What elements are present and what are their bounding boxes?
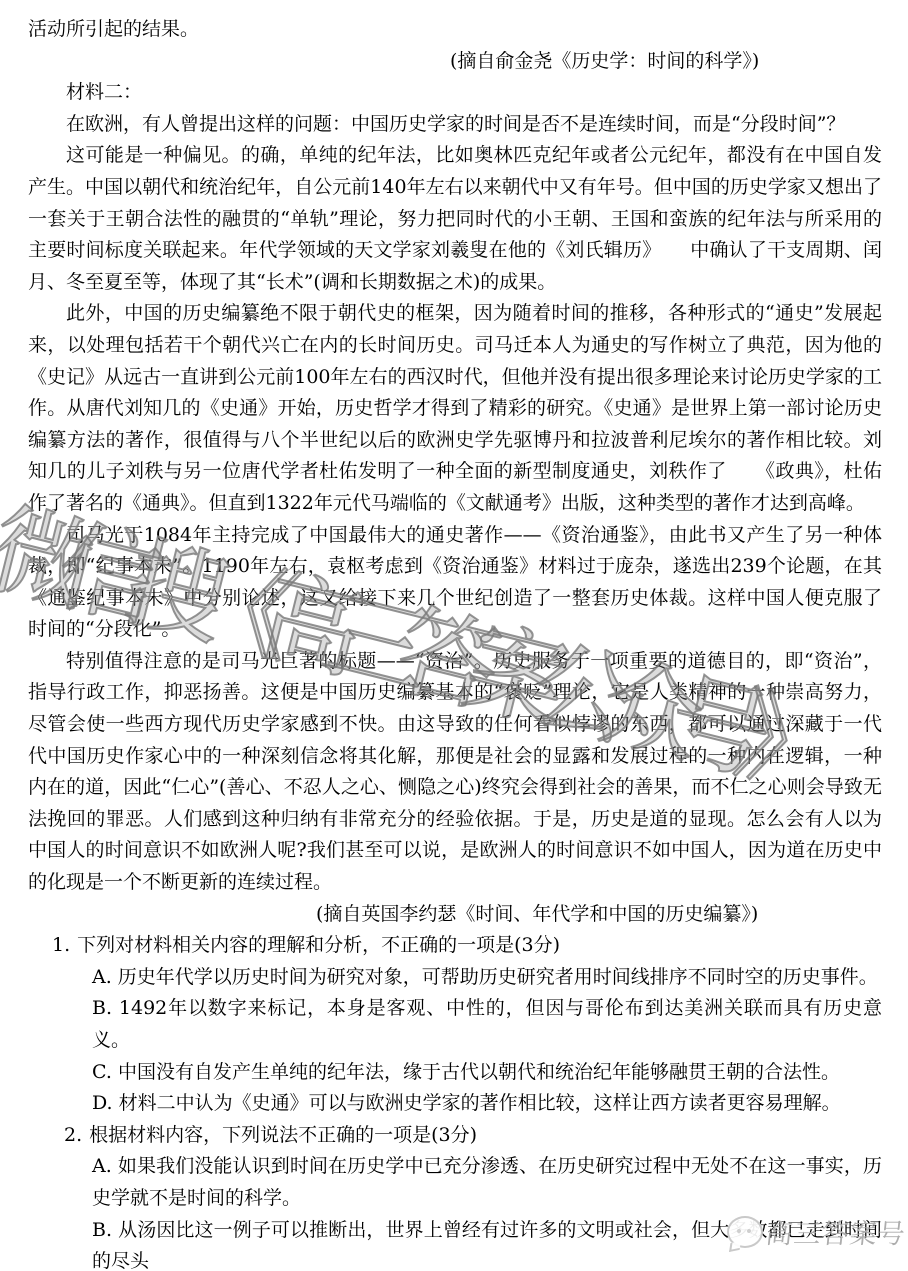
question-1-stem: 1.下列对材料相关内容的理解和分析，不正确的一项是(3分) (28, 930, 882, 962)
question-number: 2. (64, 1124, 82, 1146)
question-1-option-d: D. 材料二中认为《史通》可以与欧洲史学家的著作相比较，这样让西方读者更容易理解… (28, 1088, 882, 1120)
question-2-option-a: A. 如果我们没能认识到时间在历史学中已充分渗透、在历史研究过程中无处不在这一事… (28, 1151, 882, 1214)
question-1-option-a: A. 历史年代学以历史时间为研究对象，可帮助历史研究者用时间线排序不同时空的历史… (28, 962, 882, 994)
question-2-stem: 2.根据材料内容，下列说法不正确的一项是(3分) (28, 1120, 882, 1152)
material2-label: 材料二： (28, 77, 882, 109)
question-1-option-c: C. 中国没有自发产生单纯的纪年法，缘于古代以朝代和统治纪年能够融贯王朝的合法性… (28, 1057, 882, 1089)
body-paragraph: 此外，中国的历史编纂绝不限于朝代史的框架，因为随着时间的推移，各种形式的“通史”… (28, 298, 882, 519)
document-page: 活动所引起的结果。 (摘自俞金尧《历史学：时间的科学》) 材料二： 在欧洲，有人… (0, 0, 908, 1271)
question-2-option-b: B. 从汤因比这一例子可以推断出，世界上曾经有过许多的文明或社会，但大多数都已走… (28, 1215, 882, 1271)
body-paragraph: 这可能是一种偏见。的确，单纯的纪年法，比如奥林匹克纪年或者公元纪年，都没有在中国… (28, 140, 882, 298)
question-stem-text: 下列对材料相关内容的理解和分析，不正确的一项是(3分) (77, 934, 560, 956)
body-paragraph: 在欧洲，有人曾提出这样的问题：中国历史学家的时间是否不是连续时间，而是“分段时间… (28, 109, 882, 141)
question-number: 1. (52, 934, 70, 956)
question-2: 2.根据材料内容，下列说法不正确的一项是(3分) A. 如果我们没能认识到时间在… (28, 1120, 882, 1271)
body-paragraph: 司马光于1084年主持完成了中国最伟大的通史著作——《资治通鉴》，由此书又产生了… (28, 520, 882, 646)
citation-material1: (摘自俞金尧《历史学：时间的科学》) (28, 46, 882, 78)
opening-line: 活动所引起的结果。 (28, 14, 882, 46)
question-stem-text: 根据材料内容，下列说法不正确的一项是(3分) (89, 1124, 477, 1146)
question-1-option-b: B. 1492年以数字来标记，本身是客观、中性的，但因与哥伦布到达美洲关联而具有… (28, 993, 882, 1056)
question-1: 1.下列对材料相关内容的理解和分析，不正确的一项是(3分) A. 历史年代学以历… (28, 930, 882, 1120)
body-paragraph: 特别值得注意的是司马光巨著的标题——“资治”。历史服务于一项重要的道德目的，即“… (28, 646, 882, 899)
citation-material2: (摘自英国李约瑟《时间、年代学和中国的历史编纂》) (28, 899, 882, 931)
